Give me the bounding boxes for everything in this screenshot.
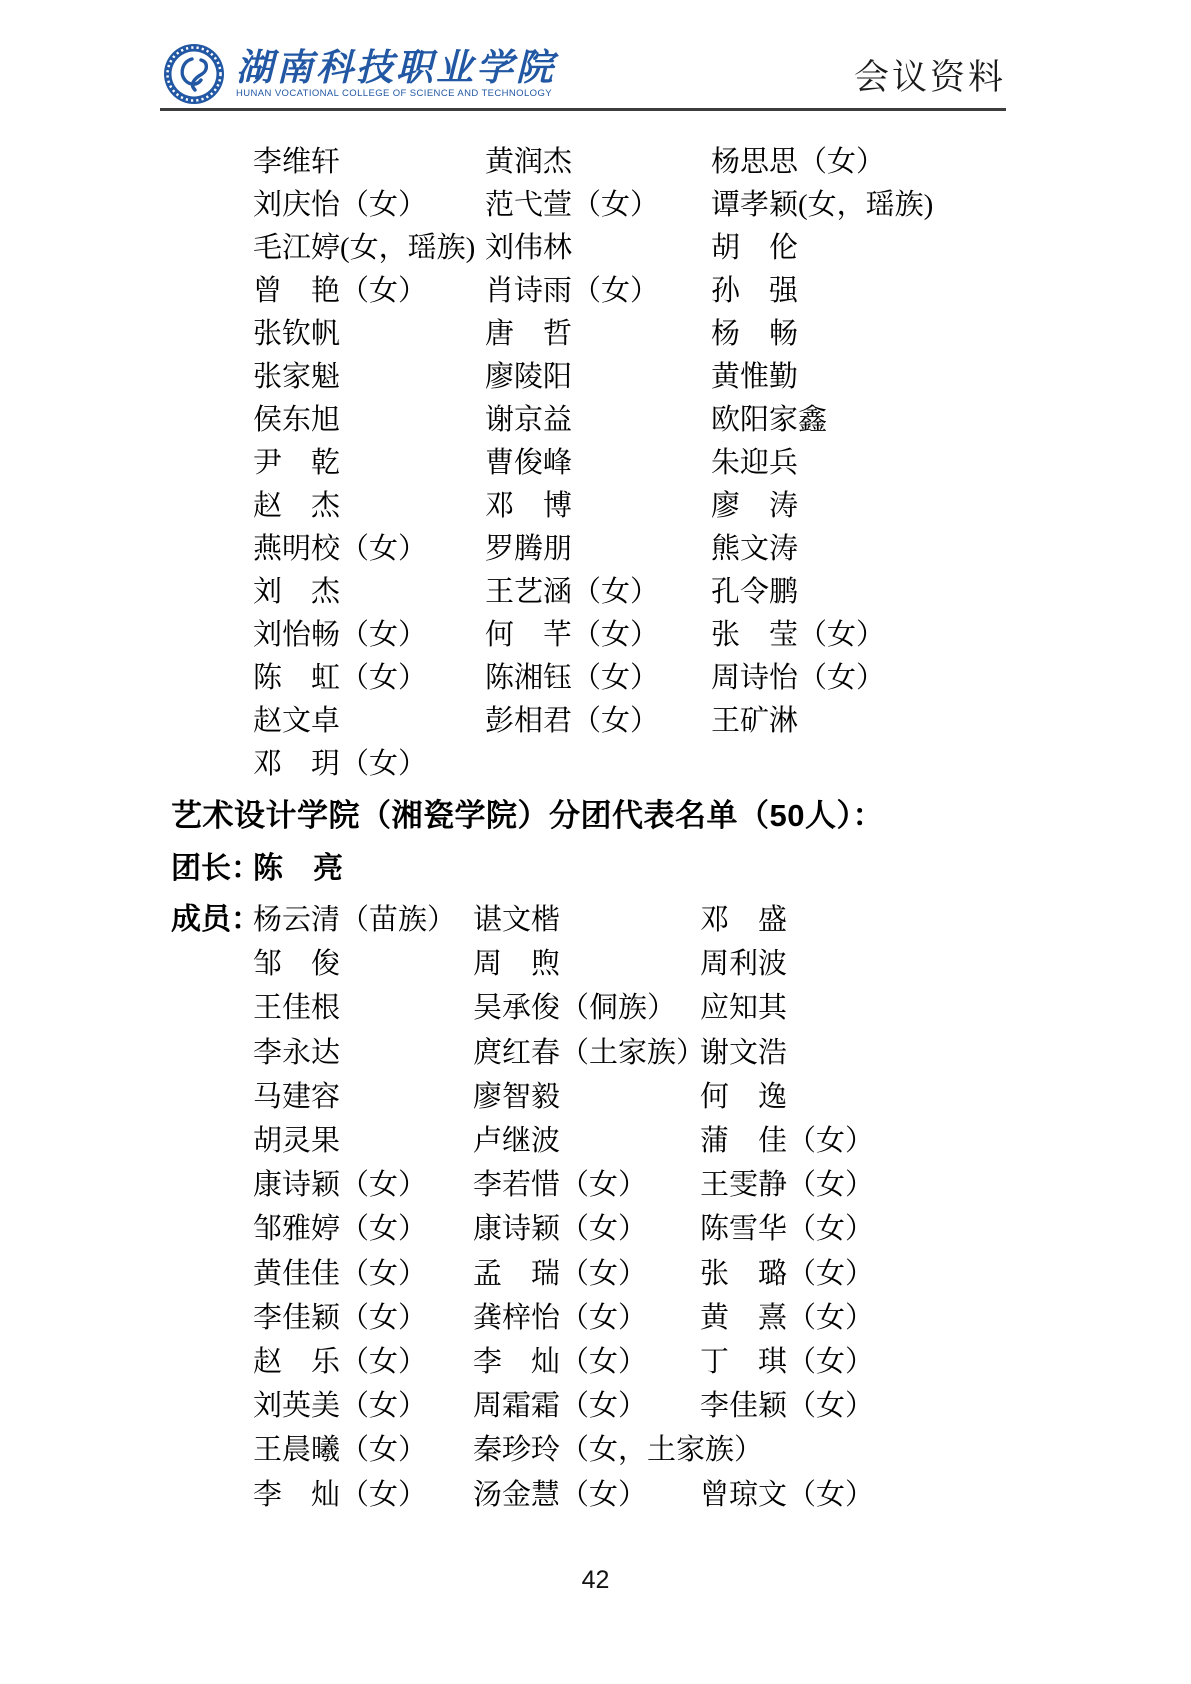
person-name: 胡灵果 bbox=[253, 1125, 473, 1157]
person-name: 李佳颖（女） bbox=[700, 1390, 874, 1422]
person-name: 李 灿（女） bbox=[253, 1479, 473, 1511]
college-seal-icon bbox=[162, 42, 226, 106]
roster-row: 李维轩黄润杰杨思思（女） bbox=[253, 140, 933, 183]
person-name: 尹 乾 bbox=[253, 447, 485, 479]
person-name: 谭孝颖(女，瑶族) bbox=[711, 189, 933, 221]
leader-label: 团长： bbox=[171, 852, 261, 885]
roster-row: 赵 乐（女）李 灿（女）丁 琪（女） bbox=[253, 1340, 874, 1384]
person-name: 李 灿（女） bbox=[473, 1346, 700, 1378]
document-page: 湖南科技职业学院 HUNAN VOCATIONAL COLLEGE OF SCI… bbox=[0, 0, 1191, 1684]
person-name: 秦珍玲（女，土家族） bbox=[473, 1434, 700, 1466]
person-name: 马建容 bbox=[253, 1081, 473, 1113]
person-name: 赵 杰 bbox=[253, 490, 485, 522]
roster-row: 张家魁廖陵阳黄惟勤 bbox=[253, 355, 933, 398]
person-name: 杨 畅 bbox=[711, 318, 933, 350]
members-label: 成员： bbox=[171, 903, 261, 937]
roster-row: 赵 杰邓 博廖 涛 bbox=[253, 484, 933, 527]
person-name: 周诗怡（女） bbox=[711, 662, 933, 694]
person-name: 邓 玥（女） bbox=[253, 748, 485, 780]
person-name: 曹俊峰 bbox=[485, 447, 711, 479]
person-name: 孔令鹏 bbox=[711, 576, 933, 608]
person-name: 张 莹（女） bbox=[711, 619, 933, 651]
person-name: 应知其 bbox=[700, 992, 874, 1024]
person-name: 庹红春（土家族） bbox=[473, 1037, 700, 1069]
roster-row: 张钦帆唐 哲杨 畅 bbox=[253, 312, 933, 355]
person-name: 王艺涵（女） bbox=[485, 576, 711, 608]
person-name: 刘庆怡（女） bbox=[253, 189, 485, 221]
roster-row: 曾 艳（女）肖诗雨（女）孙 强 bbox=[253, 269, 933, 312]
roster-row: 邹雅婷（女）康诗颖（女）陈雪华（女） bbox=[253, 1207, 874, 1251]
person-name: 杨思思（女） bbox=[711, 146, 933, 178]
person-name: 李永达 bbox=[253, 1037, 473, 1069]
roster-row: 刘 杰王艺涵（女）孔令鹏 bbox=[253, 570, 933, 613]
doc-type-label: 会议资料 bbox=[854, 58, 1006, 98]
person-name: 罗腾朋 bbox=[485, 533, 711, 565]
person-name: 张钦帆 bbox=[253, 318, 485, 350]
person-name: 赵 乐（女） bbox=[253, 1346, 473, 1378]
person-name: 何 逸 bbox=[700, 1081, 874, 1113]
person-name: 蒲 佳（女） bbox=[700, 1125, 874, 1157]
person-name: 邹雅婷（女） bbox=[253, 1213, 473, 1245]
person-name: 胡 伦 bbox=[711, 232, 933, 264]
person-name: 何 芊（女） bbox=[485, 619, 711, 651]
roster-row: 康诗颖（女）李若惜（女）王雯静（女） bbox=[253, 1163, 874, 1207]
person-name: 龚梓怡（女） bbox=[473, 1302, 700, 1334]
person-name: 黄 熹（女） bbox=[700, 1302, 874, 1334]
roster-row: 邹 俊周 煦周利波 bbox=[253, 942, 874, 986]
person-name: 王矿淋 bbox=[711, 705, 933, 737]
roster-row: 马建容廖智毅何 逸 bbox=[253, 1075, 874, 1119]
roster-row: 尹 乾曹俊峰朱迎兵 bbox=[253, 441, 933, 484]
person-name: 陈 虹（女） bbox=[253, 662, 485, 694]
leader-name: 陈 亮 bbox=[253, 852, 343, 886]
person-name: 唐 哲 bbox=[485, 318, 711, 350]
person-name: 李佳颖（女） bbox=[253, 1302, 473, 1334]
person-name: 谢文浩 bbox=[700, 1037, 874, 1069]
person-name: 周 煦 bbox=[473, 948, 700, 980]
person-name: 熊文涛 bbox=[711, 533, 933, 565]
person-name: 李维轩 bbox=[253, 146, 485, 178]
person-name: 汤金慧（女） bbox=[473, 1479, 700, 1511]
person-name: 康诗颖（女） bbox=[253, 1169, 473, 1201]
roster-row: 刘怡畅（女）何 芊（女）张 莹（女） bbox=[253, 613, 933, 656]
person-name: 曾琼文（女） bbox=[700, 1479, 874, 1511]
person-name: 卢继波 bbox=[473, 1125, 700, 1157]
roster-row: 李 灿（女）汤金慧（女）曾琼文（女） bbox=[253, 1472, 874, 1516]
college-name-cn: 湖南科技职业学院 bbox=[236, 50, 556, 88]
roster-row: 燕明校（女）罗腾朋熊文涛 bbox=[253, 527, 933, 570]
roster-row: 李永达庹红春（土家族）谢文浩 bbox=[253, 1031, 874, 1075]
person-name: 彭相君（女） bbox=[485, 705, 711, 737]
person-name: 李若惜（女） bbox=[473, 1169, 700, 1201]
roster-row: 刘英美（女）周霜霜（女）李佳颖（女） bbox=[253, 1384, 874, 1428]
person-name: 燕明校（女） bbox=[253, 533, 485, 565]
person-name: 邓 博 bbox=[485, 490, 711, 522]
person-name: 黄惟勤 bbox=[711, 361, 933, 393]
person-name: 肖诗雨（女） bbox=[485, 275, 711, 307]
roster-row: 黄佳佳（女）孟 瑞（女）张 璐（女） bbox=[253, 1252, 874, 1296]
person-name: 欧阳家鑫 bbox=[711, 404, 933, 436]
person-name: 谌文楷 bbox=[473, 904, 700, 936]
roster-row: 王佳根吴承俊（侗族）应知其 bbox=[253, 986, 874, 1030]
person-name: 廖智毅 bbox=[473, 1081, 700, 1113]
person-name: 王晨曦（女） bbox=[253, 1434, 473, 1466]
person-name: 廖 涛 bbox=[711, 490, 933, 522]
roster-row: 李佳颖（女）龚梓怡（女）黄 熹（女） bbox=[253, 1296, 874, 1340]
person-name: 王雯静（女） bbox=[700, 1169, 874, 1201]
college-name-en: HUNAN VOCATIONAL COLLEGE OF SCIENCE AND … bbox=[236, 88, 556, 100]
person-name: 刘 杰 bbox=[253, 576, 485, 608]
roster-row: 陈 虹（女）陈湘钰（女）周诗怡（女） bbox=[253, 656, 933, 699]
college-logo: 湖南科技职业学院 HUNAN VOCATIONAL COLLEGE OF SCI… bbox=[162, 42, 556, 106]
person-name: 刘英美（女） bbox=[253, 1390, 473, 1422]
roster-row: 刘庆怡（女）范弋萱（女）谭孝颖(女，瑶族) bbox=[253, 183, 933, 226]
person-name: 黄润杰 bbox=[485, 146, 711, 178]
person-name: 吴承俊（侗族） bbox=[473, 992, 700, 1024]
person-name: 邓 盛 bbox=[700, 904, 874, 936]
roster-row: 侯东旭谢京益欧阳家鑫 bbox=[253, 398, 933, 441]
person-name: 康诗颖（女） bbox=[473, 1213, 700, 1245]
roster-continued-list: 李维轩黄润杰杨思思（女）刘庆怡（女）范弋萱（女）谭孝颖(女，瑶族)毛江婷(女，瑶… bbox=[253, 140, 933, 785]
roster-row: 胡灵果卢继波蒲 佳（女） bbox=[253, 1119, 874, 1163]
person-name: 刘怡畅（女） bbox=[253, 619, 485, 651]
college-name-block: 湖南科技职业学院 HUNAN VOCATIONAL COLLEGE OF SCI… bbox=[236, 42, 556, 100]
person-name: 张家魁 bbox=[253, 361, 485, 393]
person-name: 周利波 bbox=[700, 948, 874, 980]
person-name: 陈雪华（女） bbox=[700, 1213, 874, 1245]
person-name: 毛江婷(女，瑶族) bbox=[253, 232, 485, 264]
person-name: 谢京益 bbox=[485, 404, 711, 436]
roster-row: 毛江婷(女，瑶族)刘伟林胡 伦 bbox=[253, 226, 933, 269]
roster-row: 杨云清（苗族）谌文楷邓 盛 bbox=[253, 898, 874, 942]
person-name: 陈湘钰（女） bbox=[485, 662, 711, 694]
person-name: 周霜霜（女） bbox=[473, 1390, 700, 1422]
person-name: 廖陵阳 bbox=[485, 361, 711, 393]
person-name: 黄佳佳（女） bbox=[253, 1258, 473, 1290]
leader-row: 团长： 陈 亮 bbox=[171, 852, 261, 888]
roster-row: 邓 玥（女） bbox=[253, 742, 933, 785]
person-name: 王佳根 bbox=[253, 992, 473, 1024]
person-name: 赵文卓 bbox=[253, 705, 485, 737]
person-name: 范弋萱（女） bbox=[485, 189, 711, 221]
person-name: 丁 琪（女） bbox=[700, 1346, 874, 1378]
page-number: 42 bbox=[0, 1566, 1191, 1595]
person-name: 朱迎兵 bbox=[711, 447, 933, 479]
person-name: 刘伟林 bbox=[485, 232, 711, 264]
section-heading: 艺术设计学院（湘瓷学院）分团代表名单（50人）： bbox=[171, 798, 884, 834]
person-name: 邹 俊 bbox=[253, 948, 473, 980]
roster-row: 赵文卓彭相君（女）王矿淋 bbox=[253, 699, 933, 742]
person-name: 张 璐（女） bbox=[700, 1258, 874, 1290]
roster-row: 王晨曦（女）秦珍玲（女，土家族） bbox=[253, 1428, 874, 1472]
person-name: 孙 强 bbox=[711, 275, 933, 307]
person-name: 侯东旭 bbox=[253, 404, 485, 436]
person-name: 孟 瑞（女） bbox=[473, 1258, 700, 1290]
members-list: 杨云清（苗族）谌文楷邓 盛邹 俊周 煦周利波王佳根吴承俊（侗族）应知其李永达庹红… bbox=[253, 898, 874, 1517]
header-rule bbox=[160, 108, 1006, 111]
person-name: 曾 艳（女） bbox=[253, 275, 485, 307]
person-name: 杨云清（苗族） bbox=[253, 904, 473, 936]
